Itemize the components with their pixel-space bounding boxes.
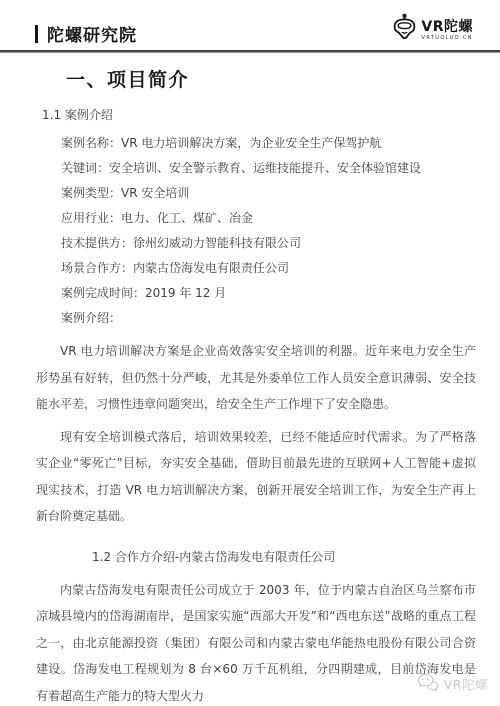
case-field-name: 案例名称：VR 电力培训解决方案，为企业安全生产保驾护航 — [61, 131, 476, 156]
case-field-industry: 应用行业：电力、化工、煤矿、冶金 — [61, 206, 476, 231]
case-field-tech-provider: 技术提供方：徐州幻威动力智能科技有限公司 — [61, 231, 476, 256]
intro-paragraph-2: 现有安全培训模式落后，培训效果较差，已经不能适应时代需求。为了严格落实企业“零死… — [36, 424, 476, 530]
case-field-intro-label: 案例介绍： — [61, 306, 476, 331]
page-header: 陀螺研究院 VR陀螺 VRTUOLUO.CN — [0, 0, 500, 50]
case-field-scene-partner: 场景合作方：内蒙古岱海发电有限责任公司 — [61, 256, 476, 281]
intro-paragraph-1: VR 电力培训解决方案是企业高效落实安全培训的利器。近年来电力安全生产形势虽有好… — [36, 338, 476, 418]
watermark-text: VR陀螺 — [444, 675, 488, 693]
vr-tuoluo-logo: VR陀螺 VRTUOLUO.CN — [391, 13, 473, 46]
subsection-heading-1-1: 1.1 案例介绍 — [42, 108, 476, 122]
case-field-type: 案例类型：VR 安全培训 — [61, 181, 476, 206]
brand-title-label: 陀螺研究院 — [47, 21, 137, 46]
case-field-keywords: 关键词：安全培训、安全警示教育、运维技能提升、安全体验馆建设 — [61, 156, 476, 181]
document-page: 陀螺研究院 VR陀螺 VRTUOLUO.CN 一、项目简介 1.1 案例介绍 — [0, 0, 500, 706]
logo-domain-label: VRTUOLUO.CN — [422, 35, 473, 41]
logo-name-label: VR陀螺 — [421, 19, 473, 35]
partner-paragraph: 内蒙古岱海发电有限责任公司成立于 2003 年，位于内蒙古自治区乌兰察布市凉城县… — [36, 577, 476, 706]
subsection-heading-1-2: 1.2 合作方介绍-内蒙古岱海发电有限责任公司 — [92, 550, 476, 564]
wechat-watermark: VR陀螺 — [417, 673, 488, 695]
brand-vertical-bar-icon — [35, 25, 38, 43]
brand-title: 陀螺研究院 — [35, 21, 137, 46]
section-title: 一、项目简介 — [66, 68, 476, 92]
vr-headset-icon — [391, 13, 418, 46]
case-field-list: 案例名称：VR 电力培训解决方案，为企业安全生产保驾护航 关键词：安全培训、安全… — [61, 131, 476, 331]
article-body: 一、项目简介 1.1 案例介绍 案例名称：VR 电力培训解决方案，为企业安全生产… — [36, 62, 476, 706]
wechat-icon — [417, 673, 439, 695]
logo-text-block: VR陀螺 VRTUOLUO.CN — [421, 19, 473, 41]
case-field-completion-date: 案例完成时间：2019 年 12 月 — [61, 281, 476, 306]
header-divider-rule — [0, 50, 500, 53]
